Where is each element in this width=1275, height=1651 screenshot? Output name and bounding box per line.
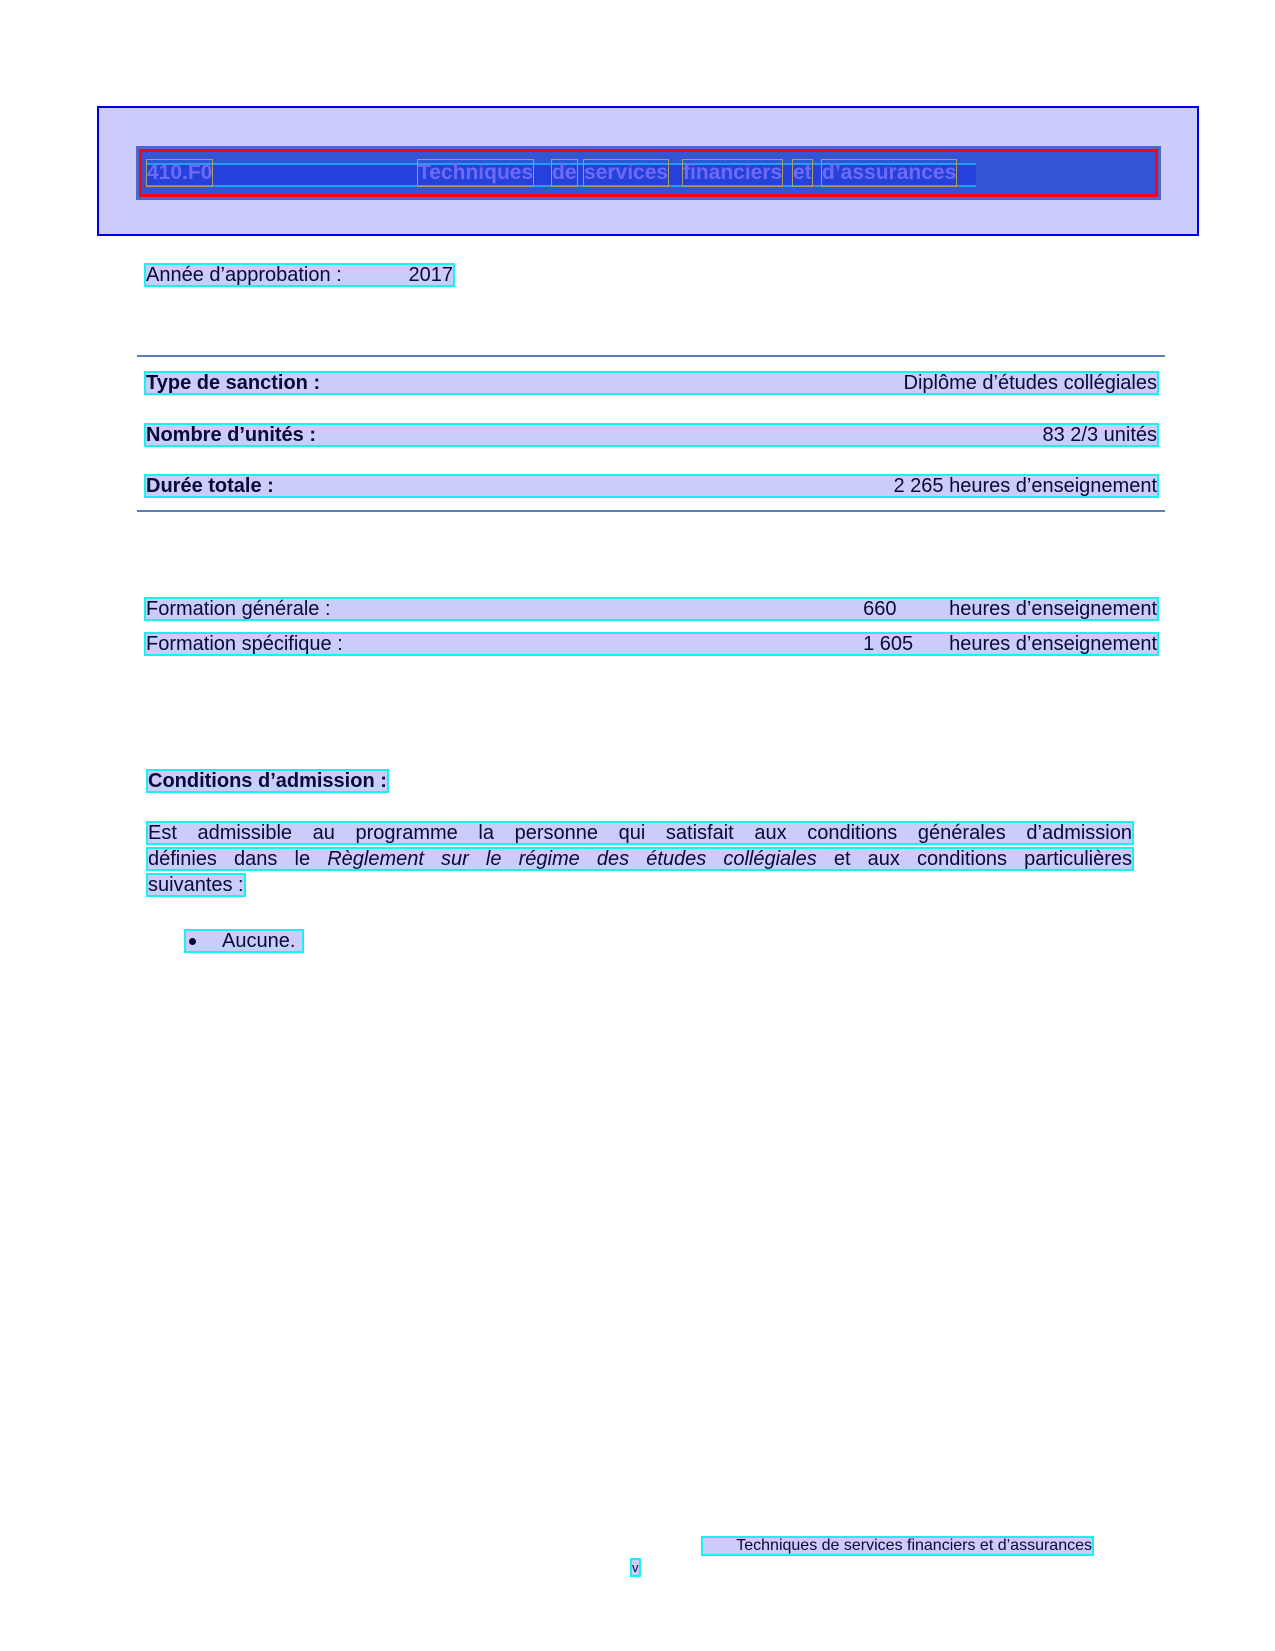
summary-label: Durée totale : bbox=[146, 476, 274, 496]
admission-line-2: définies dans le Règlement sur le régime… bbox=[148, 849, 1132, 869]
breakdown-label: Formation générale : bbox=[146, 599, 331, 619]
bullet-item: Aucune. bbox=[186, 931, 302, 951]
breakdown-row-general: Formation générale : 660 heures d’enseig… bbox=[146, 599, 1157, 619]
breakdown-unit: heures d’enseignement bbox=[949, 634, 1157, 654]
admission-line-3: suivantes : bbox=[148, 875, 244, 895]
program-code: 410.F0 bbox=[147, 160, 212, 186]
program-title-word: services bbox=[584, 160, 668, 186]
summary-value: 83 2/3 unités bbox=[1042, 425, 1157, 445]
approval-line: Année d’approbation : 2017 bbox=[146, 265, 453, 285]
admission-heading: Conditions d’admission : bbox=[148, 771, 387, 791]
summary-label: Type de sanction : bbox=[146, 373, 320, 393]
top-rule bbox=[137, 355, 1165, 357]
regulation-title: Règlement sur le régime des études collé… bbox=[327, 848, 817, 870]
breakdown-label: Formation spécifique : bbox=[146, 634, 343, 654]
breakdown-hours: 1 605 bbox=[863, 634, 949, 654]
summary-value: 2 265 heures d’enseignement bbox=[893, 476, 1157, 496]
bottom-rule bbox=[137, 510, 1165, 512]
summary-label: Nombre d’unités : bbox=[146, 425, 316, 445]
admission-text: définies dans le bbox=[148, 848, 310, 870]
approval-label: Année d’approbation : bbox=[146, 265, 342, 285]
summary-row-duration: Durée totale : 2 265 heures d’enseigneme… bbox=[146, 476, 1157, 496]
summary-value: Diplôme d’études collégiales bbox=[904, 373, 1157, 393]
summary-row-units: Nombre d’unités : 83 2/3 unités bbox=[146, 425, 1157, 445]
program-title-word: et bbox=[793, 160, 812, 186]
breakdown-row-specific: Formation spécifique : 1 605 heures d’en… bbox=[146, 634, 1157, 654]
breakdown-hours: 660 bbox=[863, 599, 949, 619]
bullet-icon bbox=[189, 938, 196, 945]
footer-running-title: Techniques de services financiers et d’a… bbox=[703, 1538, 1092, 1554]
program-title-word: financiers bbox=[683, 160, 782, 186]
approval-year: 2017 bbox=[409, 265, 454, 285]
program-title-word: de bbox=[552, 160, 577, 186]
page-number: v bbox=[632, 1560, 639, 1575]
summary-row-sanction: Type de sanction : Diplôme d’études coll… bbox=[146, 373, 1157, 393]
program-title-word: Techniques bbox=[418, 160, 533, 186]
admission-text: et aux conditions particulières bbox=[834, 848, 1132, 870]
admission-line-1: Est admissible au programme la personne … bbox=[148, 823, 1132, 843]
program-title-word: d’assurances bbox=[822, 160, 956, 186]
bullet-text: Aucune. bbox=[222, 931, 295, 951]
breakdown-unit: heures d’enseignement bbox=[949, 599, 1157, 619]
